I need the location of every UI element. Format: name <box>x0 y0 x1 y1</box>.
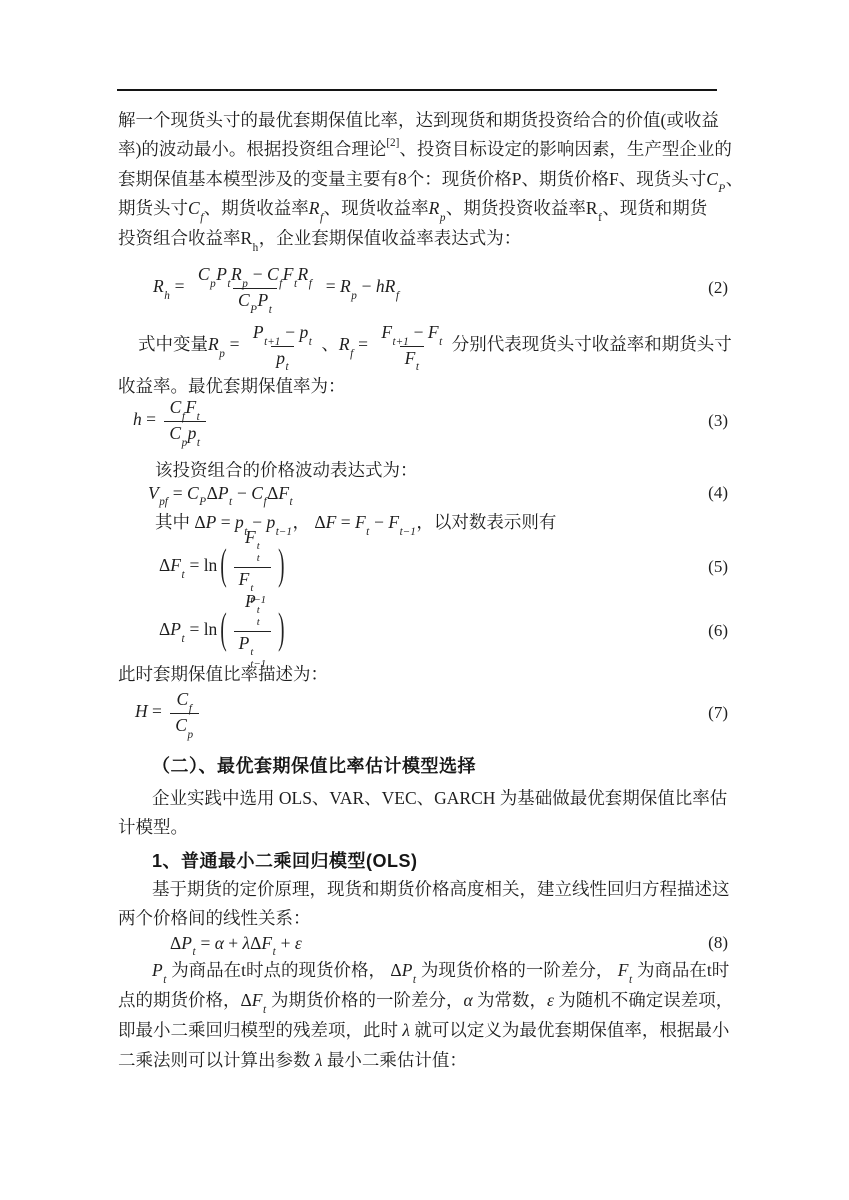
math-text: + <box>276 933 295 953</box>
body-line: 计模型。 <box>118 813 731 842</box>
fraction-numerator: Ptt <box>240 591 265 631</box>
math-text: 解一个现货头寸的最优套期保值比率，达到现货和期货投资给合的价值(或收益 <box>118 110 719 130</box>
math-var: P <box>245 591 256 611</box>
equation-body: Vpf = CPΔPt − CfΔFt <box>148 483 293 504</box>
equation-8: ΔPt = α + λΔFt + ε (8) <box>118 928 731 958</box>
math-text: 期货头寸 <box>118 198 188 218</box>
math-var: F <box>405 348 416 368</box>
math-text: = <box>225 334 244 354</box>
fraction-numerator: CfFt <box>165 397 206 421</box>
fraction-numerator: Cf <box>172 689 198 713</box>
math-var: h <box>133 409 142 429</box>
math-var: C <box>198 264 210 284</box>
math-text: 、期货收益率 <box>204 198 309 218</box>
math-var: F <box>326 512 337 532</box>
math-subscript: f <box>279 278 282 290</box>
sub-sup-stack: tt <box>257 605 260 629</box>
equation-5: ΔFt = ln(FttFtt−1) (5) <box>118 534 731 600</box>
math-text: Δ <box>250 933 261 953</box>
left-paren: ( <box>220 542 226 593</box>
math-var: F <box>388 512 399 532</box>
math-subscript: p <box>440 212 446 224</box>
math-var: P <box>181 933 192 953</box>
math-text: 点的期货价格，Δ <box>118 990 252 1010</box>
body-line: 解一个现货头寸的最优套期保值比率，达到现货和期货投资给合的价值(或收益 <box>118 106 731 135</box>
math-text: 率)的波动最小。根据投资组合理论 <box>118 139 386 159</box>
paren-group: PttPtt−1 <box>230 591 275 671</box>
body-line: 期货头寸Cf、期货收益率Rf、现货收益率Rp、期货投资收益率Rf、现货和期货 <box>118 194 731 223</box>
body-line: 投资组合收益率Rh，企业套期保值收益率表达式为： <box>118 224 731 253</box>
math-text: 为商品在t时 <box>633 960 730 980</box>
math-subscript: f <box>263 496 266 508</box>
math-text: = ln <box>185 619 217 639</box>
math-text: 为现货价格的一阶差分， <box>417 960 618 980</box>
math-subscript: h <box>253 242 259 254</box>
equation-7: H = CfCp (7) <box>118 684 731 742</box>
math-var: F <box>239 569 250 589</box>
math-subscript: f <box>182 411 185 423</box>
right-paren: ) <box>278 542 284 593</box>
math-var: P <box>253 322 264 342</box>
math-var: C <box>238 290 250 310</box>
math-var: P <box>170 619 181 639</box>
math-var: F <box>283 264 294 284</box>
math-var: h <box>376 276 385 296</box>
page-content: 解一个现货头寸的最优套期保值比率，达到现货和期货投资给合的价值(或收益 率)的波… <box>118 0 731 1200</box>
math-fraction: CfFtCppt <box>164 397 205 445</box>
math-subscript: t <box>309 336 312 348</box>
math-text: 、投资目标设定的影响因素，生产型企业的 <box>399 139 732 159</box>
math-var: P <box>216 264 227 284</box>
equation-number: (6) <box>708 621 731 641</box>
math-subscript: t <box>227 278 230 290</box>
math-var: R <box>298 264 309 284</box>
math-subscript: t <box>181 569 184 581</box>
math-var: C <box>706 169 718 189</box>
math-text: 就可以定义为最优套期保值率，根据最小 <box>410 1020 729 1040</box>
fraction-numerator: Ft+1 − Ft <box>376 322 447 346</box>
math-text: − <box>409 322 428 342</box>
math-text: 式中变量 <box>138 334 208 354</box>
math-text: ， Δ <box>292 512 325 532</box>
equation-body: Rh = CpPtRp − CfFtRfCPPt = Rp − hRf <box>153 264 399 312</box>
math-var: C <box>177 689 189 709</box>
citation-superscript: [2] <box>386 137 399 149</box>
math-subscript: t <box>181 633 184 645</box>
math-subscript: P <box>199 496 206 508</box>
math-text: − <box>248 264 267 284</box>
math-text: 即最小二乘回归模型的残差项，此时 <box>118 1020 402 1040</box>
math-var: C <box>188 198 200 218</box>
equation-6: ΔPt = ln(PttPtt−1) (6) <box>118 598 731 664</box>
math-subscript: p <box>351 290 357 302</box>
math-var: α <box>463 990 472 1010</box>
section-heading: （二）、最优套期保值比率估计模型选择 <box>118 752 765 778</box>
math-subscript: f <box>309 278 312 290</box>
math-text: − <box>233 483 252 503</box>
math-text: 该投资组合的价格波动表达式为： <box>155 460 418 480</box>
body-line: 率)的波动最小。根据投资组合理论[2]、投资目标设定的影响因素，生产型企业的 <box>118 135 731 164</box>
math-var: F <box>618 960 629 980</box>
math-subscript: t <box>257 553 260 565</box>
math-var: C <box>170 397 182 417</box>
math-text: = <box>148 701 167 721</box>
equation-number: (2) <box>708 278 731 298</box>
math-text: − <box>281 322 300 342</box>
math-subscript: p <box>219 348 225 360</box>
math-var: F <box>185 397 196 417</box>
sub-sup-stack: tt <box>257 541 260 565</box>
math-subscript: p <box>210 278 216 290</box>
math-var: P <box>258 290 269 310</box>
math-var: H <box>135 701 148 721</box>
math-subscript: t <box>163 974 166 986</box>
math-subscript: p <box>187 729 193 741</box>
math-text: 为随机不确定误差项， <box>554 990 733 1010</box>
math-subscript: P <box>250 304 257 316</box>
math-var: R <box>309 198 320 218</box>
math-subscript: f <box>200 212 203 224</box>
equation-number: (3) <box>708 411 731 431</box>
math-var: F <box>261 933 272 953</box>
math-var: R <box>385 276 396 296</box>
math-subscript: f <box>189 703 192 715</box>
math-subscript: t+1 <box>264 336 280 348</box>
math-text: = <box>142 409 161 429</box>
math-text: 为期货价格的一阶差分， <box>267 990 464 1010</box>
math-text: Δ <box>170 933 181 953</box>
math-subscript: t <box>290 496 293 508</box>
math-var: V <box>148 483 159 503</box>
math-text: 二乘法则可以计算出参数 <box>118 1050 315 1070</box>
math-text: = ln <box>185 555 217 575</box>
body-line: Pt 为商品在t时点的现货价格， ΔPt 为现货价格的一阶差分， Ft 为商品在… <box>118 956 765 985</box>
fraction-numerator: CpPtRp − CfFtRf <box>193 264 317 288</box>
math-text: 、 <box>726 169 744 189</box>
math-text: − <box>370 512 389 532</box>
fraction-denominator: CPPt <box>233 288 277 312</box>
math-subscript: t <box>197 437 200 449</box>
equation-3: h = CfFtCppt (3) <box>118 392 731 450</box>
fraction-denominator: Cp <box>170 713 198 737</box>
math-var: F <box>381 322 392 342</box>
body-line: 式中变量Rp = Pt+1 − ptpt、Rf = Ft+1 − FtFt分别代… <box>118 316 751 372</box>
fraction-denominator: Ft <box>400 346 425 370</box>
math-fraction: Pt+1 − ptpt <box>248 322 317 370</box>
equation-number: (8) <box>708 933 731 953</box>
fraction-numerator: Ftt <box>240 527 265 567</box>
fraction-denominator: Cppt <box>164 421 205 445</box>
left-paren: ( <box>220 606 226 657</box>
math-subscript: t <box>257 617 260 629</box>
equation-4: Vpf = CPΔPt − CfΔFt (4) <box>118 478 731 508</box>
body-line: 即最小二乘回归模型的残差项，此时 λ 就可以定义为最优套期保值率，根据最小 <box>118 1016 731 1045</box>
math-subscript: t <box>629 974 632 986</box>
right-paren: ) <box>278 606 284 657</box>
math-subscript: t <box>294 278 297 290</box>
math-text: 、期货投资收益率R <box>446 198 598 218</box>
math-var: C <box>169 423 181 443</box>
math-var: C <box>175 715 187 735</box>
equation-number: (7) <box>708 703 731 723</box>
math-var: F <box>278 483 289 503</box>
math-text: Δ <box>159 619 170 639</box>
math-text: 套期保值基本模型涉及的变量主要有8个：现货价格P、期货价格F、现货头寸 <box>118 169 706 189</box>
math-text: 投资组合收益率R <box>118 228 252 248</box>
math-subscript: t <box>197 411 200 423</box>
math-var: R <box>231 264 242 284</box>
math-var: P <box>402 960 413 980</box>
fraction-denominator: pt <box>271 346 294 370</box>
math-text: Δ <box>207 483 218 503</box>
math-var: R <box>339 334 350 354</box>
math-text: Δ <box>267 483 278 503</box>
math-var: R <box>340 276 351 296</box>
math-subscript: t <box>269 304 272 316</box>
math-text: 为商品在t时点的现货价格， Δ <box>167 960 402 980</box>
equation-body: ΔPt = ln(PttPtt−1) <box>159 591 287 671</box>
math-text: 此时套期保值比率描述为： <box>118 664 328 684</box>
equation-body: H = CfCp <box>135 689 203 737</box>
math-text: Δ <box>159 555 170 575</box>
math-subscript: p <box>182 437 188 449</box>
math-subscript: f <box>598 212 602 224</box>
var-with-substack: Ftt <box>245 527 260 547</box>
math-text: = <box>336 512 355 532</box>
math-text: = <box>196 933 215 953</box>
equation-number: (5) <box>708 557 731 577</box>
math-var: α <box>215 933 224 953</box>
var-with-substack: Ptt <box>245 591 260 611</box>
math-var: F <box>170 555 181 575</box>
math-fraction: CpPtRp − CfFtRfCPPt <box>193 264 317 312</box>
math-text: = <box>321 276 340 296</box>
math-subscript: pf <box>159 496 168 508</box>
math-text: 最小二乘估计值： <box>322 1050 466 1070</box>
math-text: = <box>354 334 373 354</box>
math-fraction: CfCp <box>170 689 198 737</box>
math-text: 分别代表现货头寸收益率和期货头寸 <box>452 334 732 354</box>
math-subscript: t+1 <box>393 336 409 348</box>
math-text: 、 <box>321 334 339 354</box>
subsection-heading-ols: 1、普通最小二乘回归模型(OLS) <box>118 847 765 873</box>
math-var: P <box>152 960 163 980</box>
math-subscript: f <box>320 212 323 224</box>
math-text: = <box>170 276 189 296</box>
fraction-numerator: Pt+1 − pt <box>248 322 317 346</box>
body-line: 基于期货的定价原理，现货和期货价格高度相关，建立线性回归方程描述这 <box>118 875 765 904</box>
math-var: R <box>208 334 219 354</box>
math-var: C <box>187 483 199 503</box>
equation-2: Rh = CpPtRp − CfFtRfCPPt = Rp − hRf (2) <box>118 258 731 318</box>
math-text: 、现货收益率 <box>324 198 429 218</box>
math-subscript: P <box>718 183 725 195</box>
math-subscript: t <box>263 1004 266 1016</box>
math-text: + <box>224 933 243 953</box>
math-var: F <box>245 527 256 547</box>
math-var: F <box>428 322 439 342</box>
math-var: P <box>218 483 229 503</box>
body-line: 企业实践中选用 OLS、VAR、VEC、GARCH 为基础做最优套期保值比率估 <box>118 784 765 813</box>
math-fraction: PttPtt−1 <box>234 591 271 671</box>
math-var: F <box>252 990 263 1010</box>
math-var: p <box>188 423 197 443</box>
math-subscript: t <box>413 974 416 986</box>
var-with-substack: Ptt−1 <box>239 633 266 653</box>
math-var: C <box>267 264 279 284</box>
math-var: p <box>300 322 309 342</box>
math-var: F <box>355 512 366 532</box>
math-text: 、现货和期货 <box>602 198 707 218</box>
math-fraction: Ft+1 − FtFt <box>376 322 447 370</box>
math-subscript: t <box>229 496 232 508</box>
math-subscript: h <box>164 290 170 302</box>
document-page: 解一个现货头寸的最优套期保值比率，达到现货和期货投资给合的价值(或收益 率)的波… <box>0 0 849 1200</box>
math-subscript: f <box>350 348 353 360</box>
math-subscript: p <box>242 278 248 290</box>
math-var: ε <box>547 990 554 1010</box>
math-var: λ <box>402 1020 410 1040</box>
body-line: 点的期货价格，ΔFt 为期货价格的一阶差分，α 为常数，ε 为随机不确定误差项， <box>118 986 731 1015</box>
math-text: ，企业套期保值收益率表达式为： <box>259 228 522 248</box>
math-subscript: f <box>396 290 399 302</box>
math-var: λ <box>243 933 251 953</box>
math-text: 为常数， <box>473 990 547 1010</box>
math-var: R <box>429 198 440 218</box>
body-line: 套期保值基本模型涉及的变量主要有8个：现货价格P、期货价格F、现货头寸CP、 <box>118 165 731 194</box>
math-var: p <box>276 348 285 368</box>
math-var: R <box>153 276 164 296</box>
math-text: = <box>168 483 187 503</box>
math-text: ，以对数表示则有 <box>416 512 556 532</box>
math-var: C <box>251 483 263 503</box>
math-subscript: t <box>439 336 442 348</box>
math-text: − <box>357 276 376 296</box>
equation-body: ΔPt = α + λΔFt + ε <box>170 933 302 954</box>
math-var: P <box>239 633 250 653</box>
math-var: ε <box>295 933 302 953</box>
var-with-substack: Ftt−1 <box>239 569 266 589</box>
equation-body: h = CfFtCppt <box>133 397 210 445</box>
equation-number: (4) <box>708 483 731 503</box>
body-line: 二乘法则可以计算出参数 λ 最小二乘估计值： <box>118 1046 731 1075</box>
